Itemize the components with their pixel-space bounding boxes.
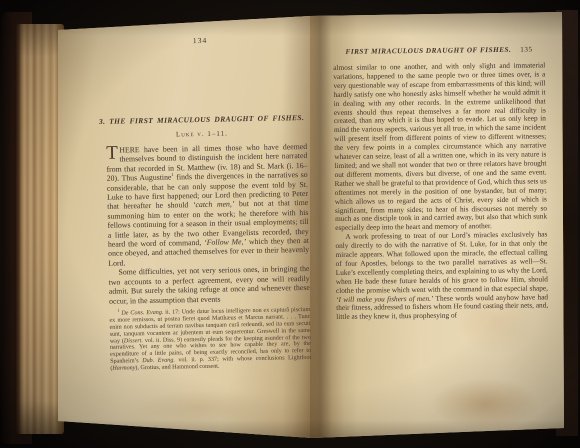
running-header: FIRST MIRACULOUS DRAUGHT OF FISHES. 135 (333, 45, 545, 57)
page-top-shade (50, 10, 564, 36)
paragraph-text: A work professing to treat of our Lord’s… (335, 230, 548, 295)
footnote-text: ), Grotius, and Hammond consent. (135, 364, 219, 372)
running-header-title: FIRST MIRACULOUS DRAUGHT OF FISHES. (345, 46, 511, 57)
footnote-marker: 1 (117, 307, 119, 312)
footnote-text: Dissert. (124, 338, 143, 344)
left-page-body: THERE have been in all times those who h… (106, 142, 310, 306)
page-edges-stack (16, 24, 64, 434)
footnote-paragraph: 1 De Cons. Evang. ii. 17: Unde datur loc… (109, 307, 311, 373)
section-heading: 3. THE FIRST MIRACULOUS DRAUGHT OF FISHE… (97, 113, 307, 126)
right-page-number: 135 (520, 46, 532, 55)
body-paragraph: almost similar to one another, and with … (333, 61, 547, 233)
left-page-text-block: 134 3. THE FIRST MIRACULOUS DRAUGHT OF F… (95, 34, 311, 373)
quoted-phrase: ‘Follow Me,’ (204, 237, 246, 247)
quoted-phrase: ‘catch men,’ (193, 200, 235, 210)
right-page-text-block: FIRST MIRACULOUS DRAUGHT OF FISHES. 135 … (333, 45, 548, 322)
footnote-text: Harmony (112, 365, 135, 371)
drop-cap: T (106, 146, 119, 162)
footnote-text: De Cons. Evang. (121, 310, 163, 317)
footnote-text: Dub. Evang. (142, 358, 175, 365)
photo-background: 134 3. THE FIRST MIRACULOUS DRAUGHT OF F… (0, 0, 580, 448)
body-paragraph: THERE have been in all times those who h… (106, 142, 309, 268)
body-paragraph: A work professing to treat of our Lord’s… (335, 231, 548, 323)
body-paragraph: Some difficulties, yet not very serious … (108, 264, 310, 305)
footnote: 1 De Cons. Evang. ii. 17: Unde datur loc… (109, 307, 311, 373)
page-bottom-shade (50, 420, 564, 442)
right-page-body: almost similar to one another, and with … (333, 61, 548, 322)
scripture-reference: Luke v. 1–11. (97, 128, 307, 140)
